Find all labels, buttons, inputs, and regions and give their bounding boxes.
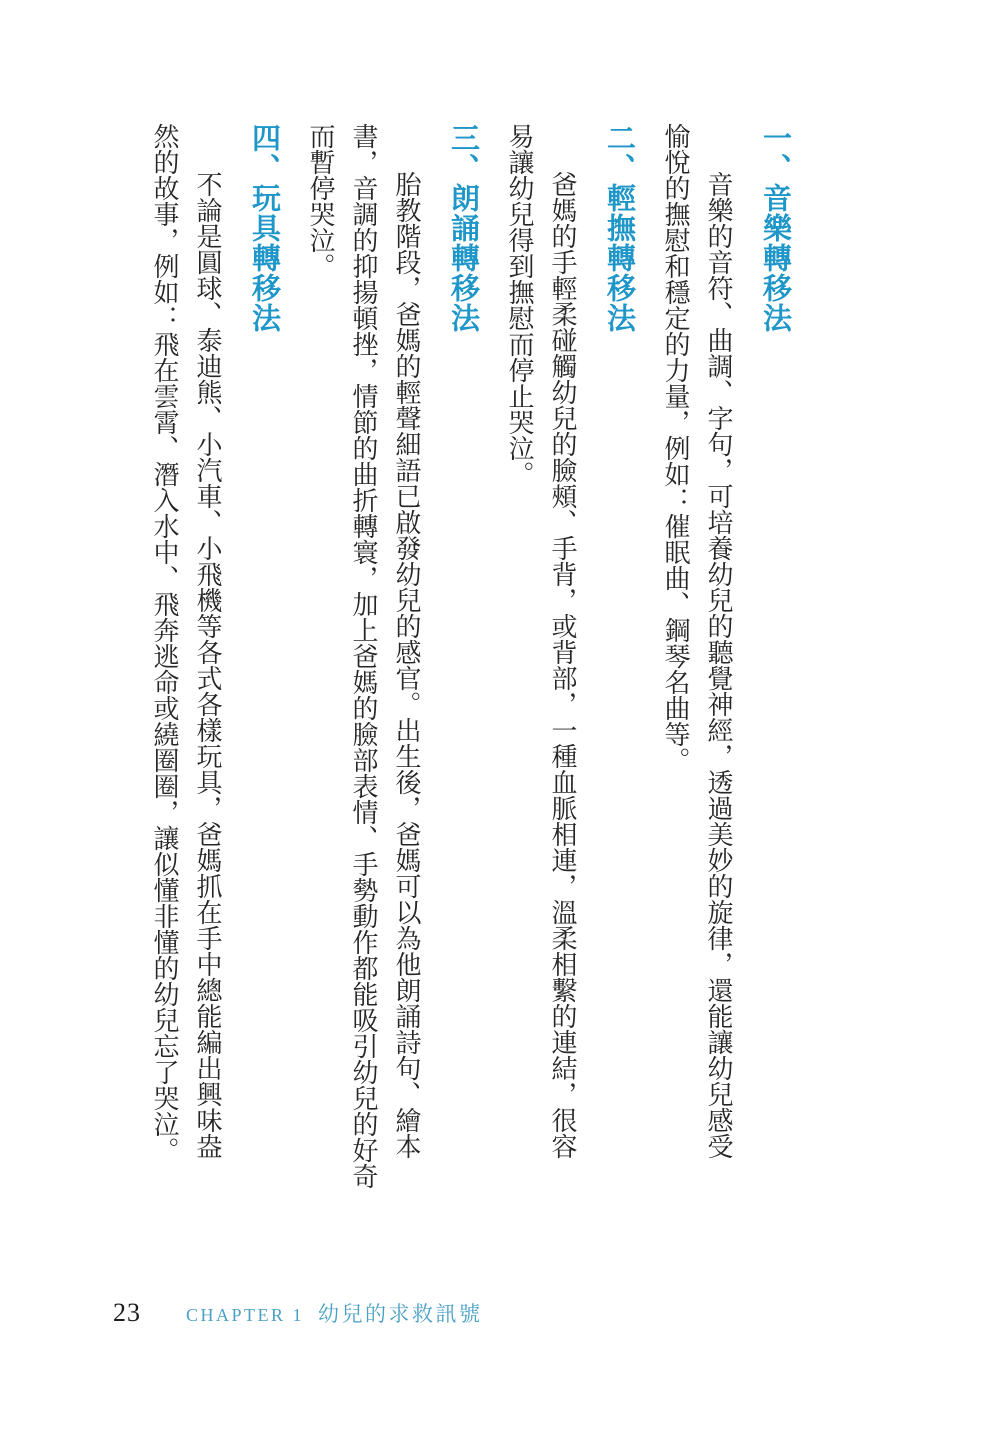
page-number: 23 xyxy=(113,1298,141,1328)
section-heading-toy: 四、玩具轉移法 xyxy=(241,123,287,1273)
body-column: 而暫停哭泣。 xyxy=(299,123,342,1273)
chapter-label: CHAPTER 1 xyxy=(186,1305,304,1325)
section-heading-recite: 三、朗誦轉移法 xyxy=(440,123,486,1273)
page-content: 一、音樂轉移法 音樂的音符、曲調、字句，可培養幼兒的聽覺神經，透過美妙的旋律，還… xyxy=(143,123,810,1273)
body-column: 胎教階段，爸媽的輕聲細語已啟發幼兒的感官。出生後，爸媽可以為他朗誦詩句、繪本 xyxy=(385,123,428,1273)
section-heading-stroke: 二、輕撫轉移法 xyxy=(596,123,642,1273)
book-page: { "content": { "sections": [ { "heading"… xyxy=(0,0,1000,1429)
section-music-transfer: 一、音樂轉移法 音樂的音符、曲調、字句，可培養幼兒的聽覺神經，透過美妙的旋律，還… xyxy=(654,123,798,1273)
body-column: 愉悅的撫慰和穩定的力量，例如：催眠曲、鋼琴名曲等。 xyxy=(654,123,697,1273)
section-recite-transfer: 三、朗誦轉移法 胎教階段，爸媽的輕聲細語已啟發幼兒的感官。出生後，爸媽可以為他朗… xyxy=(299,123,486,1273)
section-heading-music: 一、音樂轉移法 xyxy=(752,123,798,1273)
body-column: 不論是圓球、泰迪熊、小汽車、小飛機等各式各樣玩具，爸媽抓在手中總能編出興味盎 xyxy=(186,123,229,1273)
body-column: 然的故事，例如：飛在雲霄、潛入水中、飛奔逃命或繞圈圈，讓似懂非懂的幼兒忘了哭泣。 xyxy=(143,123,186,1273)
body-column: 易讓幼兒得到撫慰而停止哭泣。 xyxy=(498,123,541,1273)
body-column: 爸媽的手輕柔碰觸幼兒的臉頰、手背，或背部，一種血脈相連，溫柔相繫的連結，很容 xyxy=(541,123,584,1273)
body-column: 書，音調的抑揚頓挫，情節的曲折轉寰，加上爸媽的臉部表情、手勢動作都能吸引幼兒的好… xyxy=(342,123,385,1273)
chapter-title: 幼兒的求救訊號 xyxy=(318,1302,483,1326)
body-column: 音樂的音符、曲調、字句，可培養幼兒的聽覺神經，透過美妙的旋律，還能讓幼兒感受 xyxy=(697,123,740,1273)
page-footer: 23 CHAPTER 1 幼兒的求救訊號 xyxy=(113,1298,483,1328)
section-toy-transfer: 四、玩具轉移法 不論是圓球、泰迪熊、小汽車、小飛機等各式各樣玩具，爸媽抓在手中總… xyxy=(143,123,287,1273)
chapter-line: CHAPTER 1 幼兒的求救訊號 xyxy=(186,1298,483,1328)
section-stroke-transfer: 二、輕撫轉移法 爸媽的手輕柔碰觸幼兒的臉頰、手背，或背部，一種血脈相連，溫柔相繫… xyxy=(498,123,642,1273)
